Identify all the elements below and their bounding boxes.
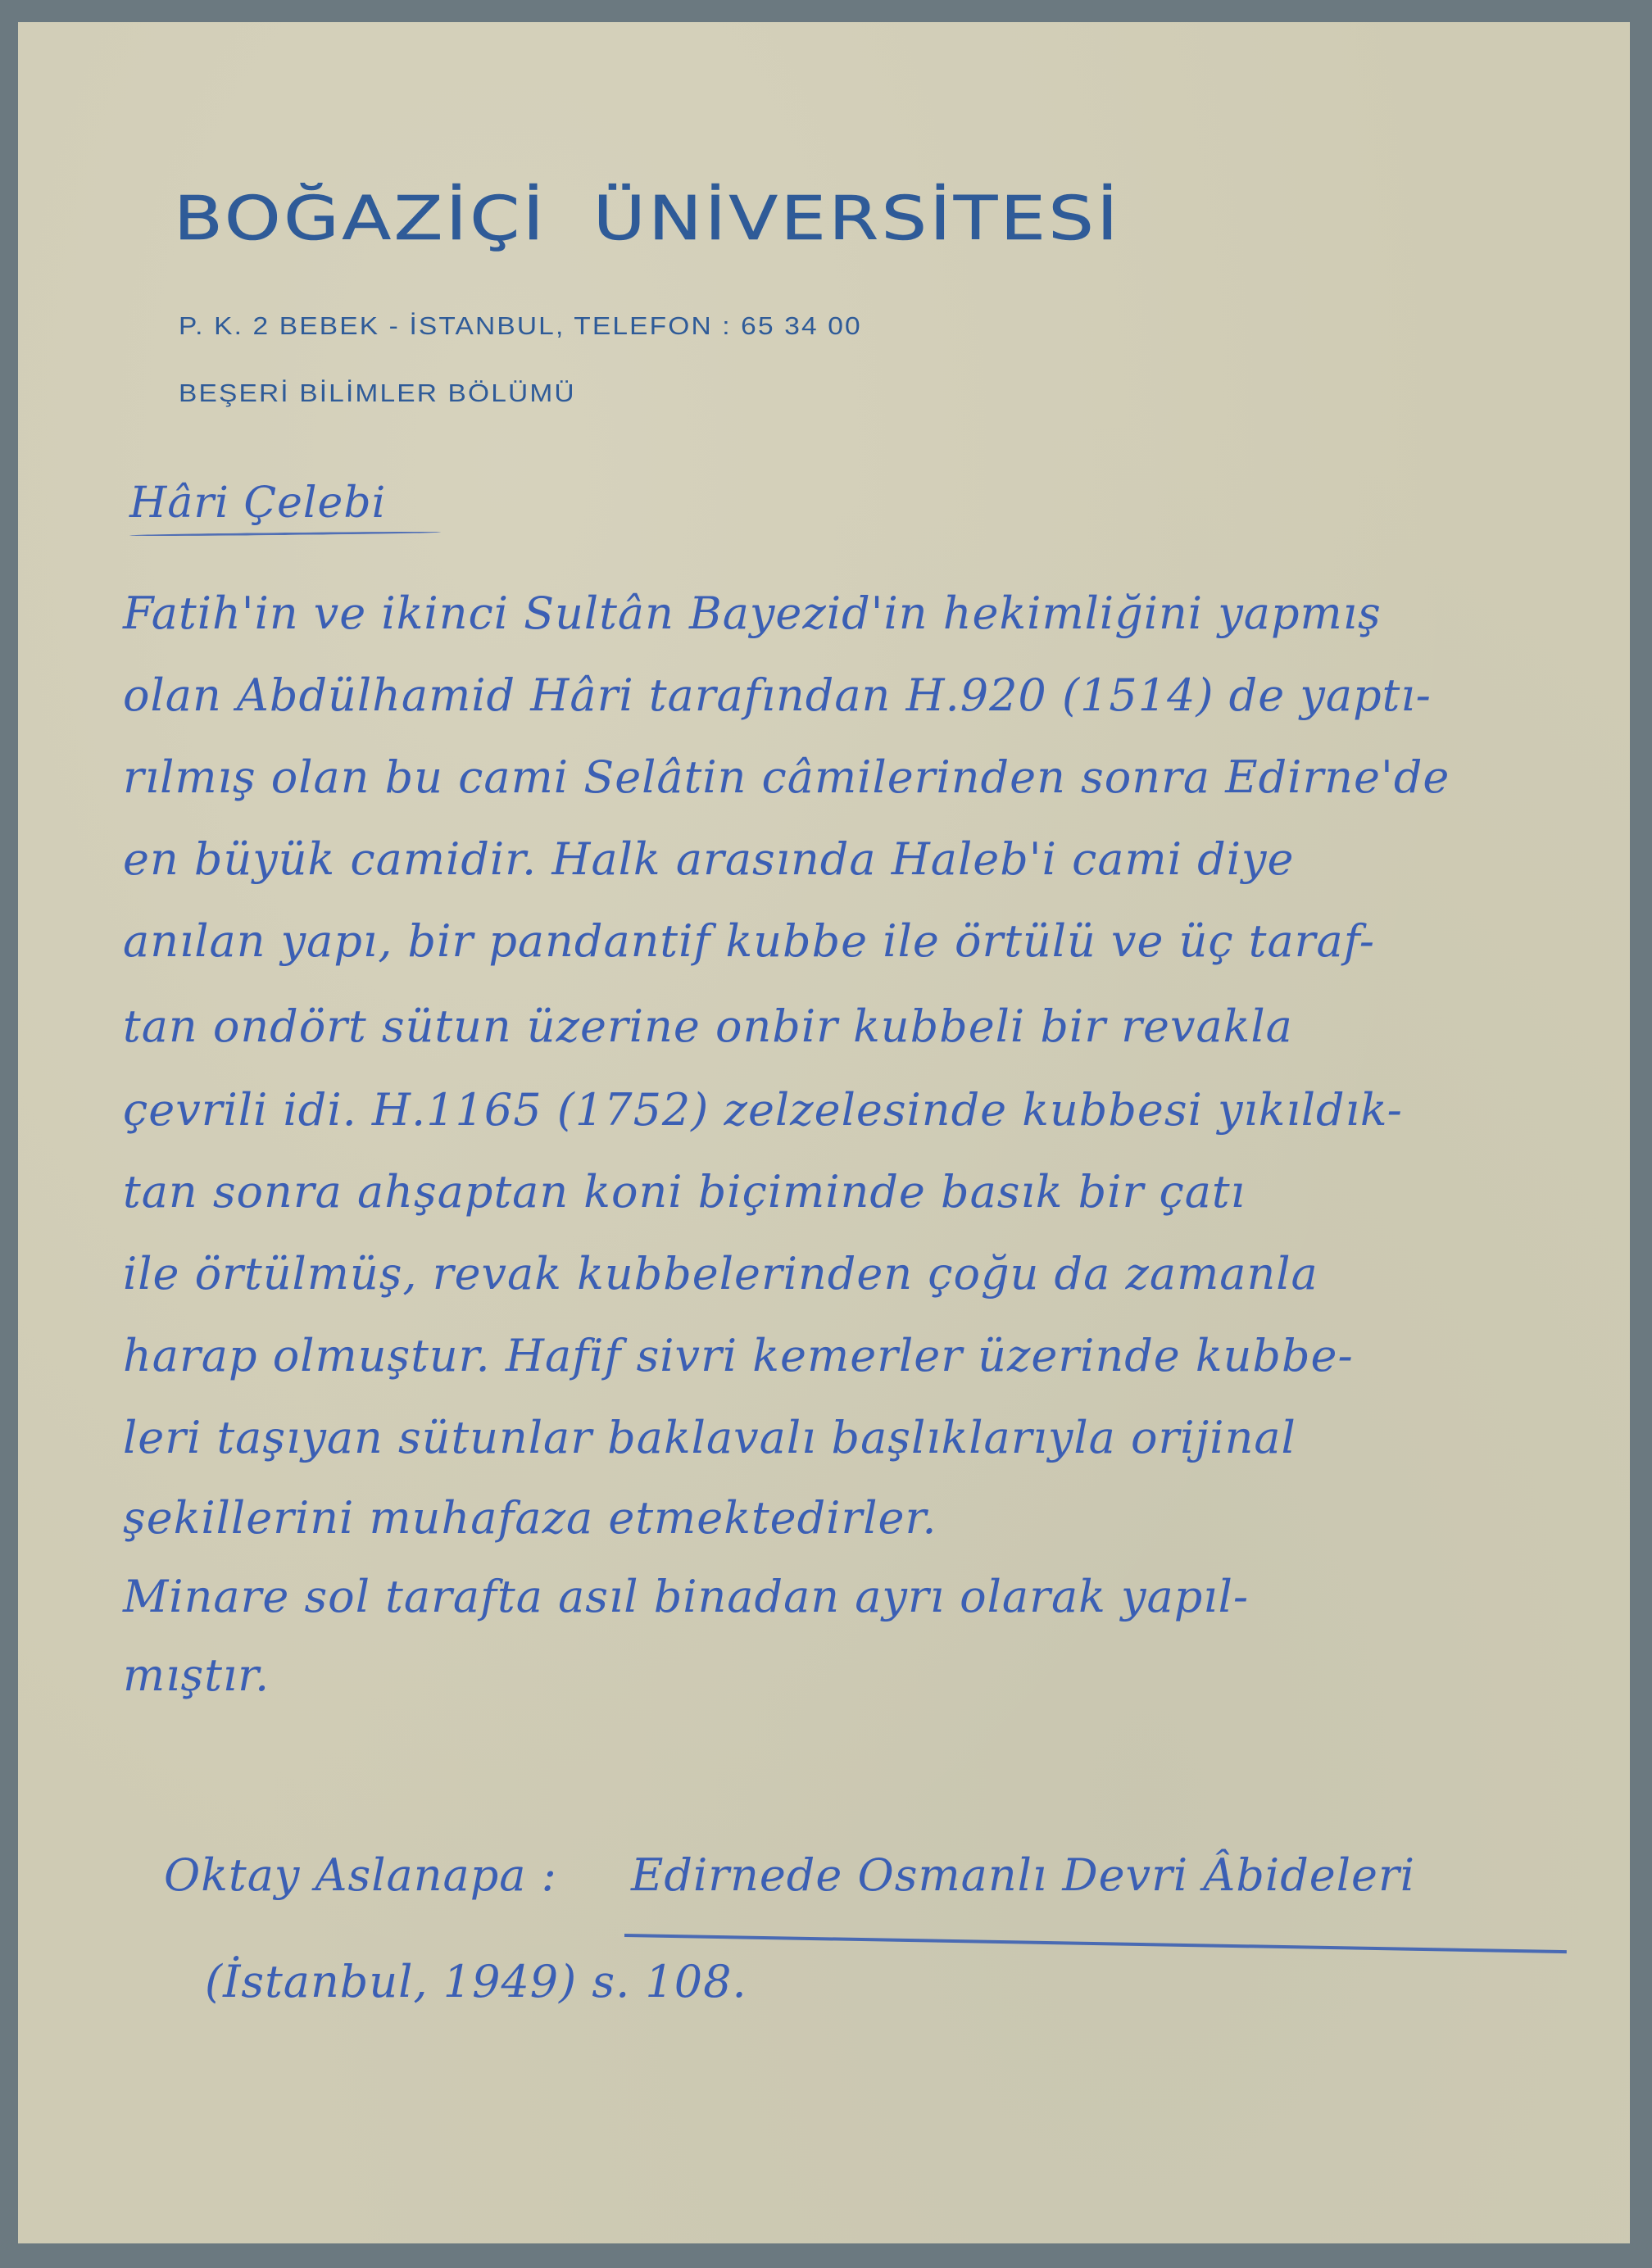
institution-word-1: BOĞAZİÇİ xyxy=(174,184,547,254)
institution-address: P. K. 2 BEBEK - İSTANBUL, TELEFON : 65 3… xyxy=(179,311,862,341)
department-name: BEŞERİ BİLİMLER BÖLÜMÜ xyxy=(179,379,576,408)
citation-publication: (İstanbul, 1949) s. 108. xyxy=(205,1960,747,2004)
body-line-3: rılmış olan bu cami Selâtin câmilerinden… xyxy=(123,755,1450,800)
body-line-6: tan ondört sütun üzerine onbir kubbeli b… xyxy=(123,1005,1293,1049)
body-line-2: olan Abdülhamid Hâri tarafından H.920 (1… xyxy=(123,674,1432,718)
body-line-8: tan sonra ahşaptan koni biçiminde basık … xyxy=(123,1170,1246,1214)
body-line-12: şekillerini muhafaza etmektedirler. xyxy=(123,1496,937,1540)
note-title: Hâri Çelebi xyxy=(129,482,386,524)
body-line-10: harap olmuştur. Hafif sivri kemerler üze… xyxy=(123,1334,1354,1378)
citation-book-title: Edirnede Osmanlı Devri Âbideleri xyxy=(631,1853,1415,1898)
body-line-13: Minare sol tarafta asıl binadan ayrı ola… xyxy=(123,1575,1249,1619)
body-line-4: en büyük camidir. Halk arasında Haleb'i … xyxy=(123,837,1294,882)
letterhead: BOĞAZİÇİÜNİVERSİTESİ P. K. 2 BEBEK - İST… xyxy=(174,188,976,249)
body-line-1: Fatih'in ve ikinci Sultân Bayezid'in hek… xyxy=(123,592,1382,636)
citation-author: Oktay Aslanapa : xyxy=(164,1853,557,1898)
body-line-9: ile örtülmüş, revak kubbelerinden çoğu d… xyxy=(123,1252,1318,1296)
body-line-11: leri taşıyan sütunlar baklavalı başlıkla… xyxy=(123,1416,1296,1460)
body-line-14: mıştır. xyxy=(123,1653,270,1698)
body-line-7: çevrili idi. H.1165 (1752) zelzelesinde … xyxy=(123,1088,1403,1132)
institution-word-2: ÜNİVERSİTESİ xyxy=(593,184,1121,254)
body-line-5: anılan yapı, bir pandantif kubbe ile ört… xyxy=(123,919,1375,964)
institution-name: BOĞAZİÇİÜNİVERSİTESİ xyxy=(174,188,1121,249)
